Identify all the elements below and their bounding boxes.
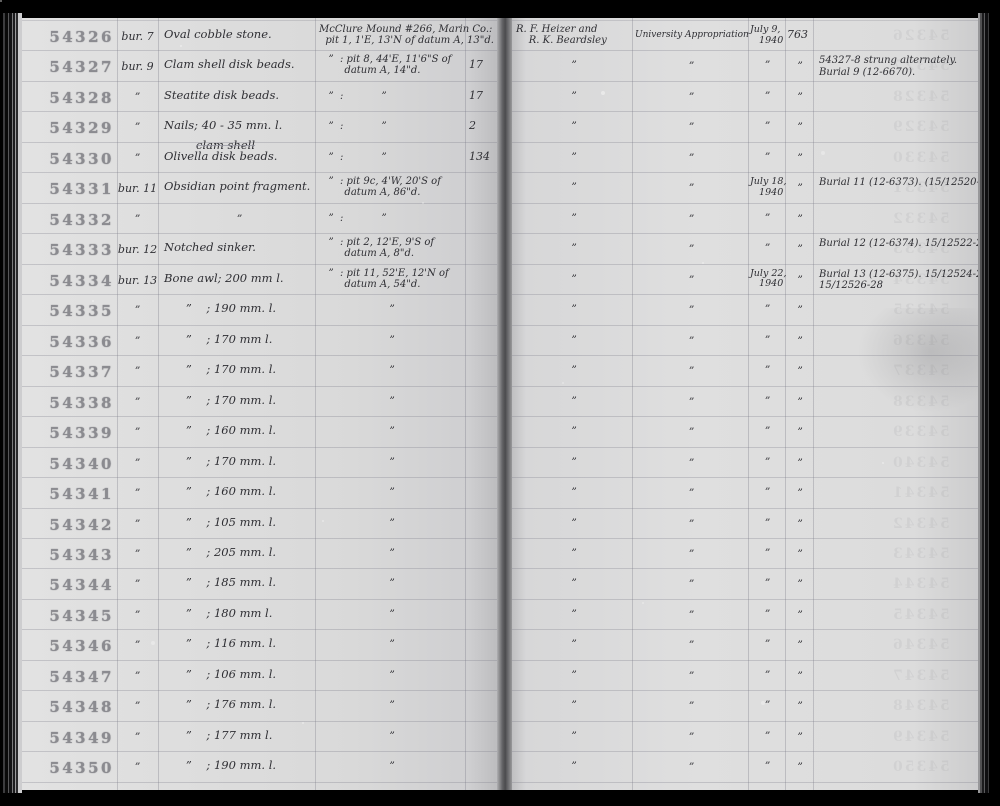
handwritten-line: ” — [117, 700, 158, 713]
catalog-number-stamp: 54329 — [22, 112, 117, 141]
count-cell — [465, 234, 497, 263]
book-left-page-edges — [0, 13, 22, 793]
handwritten-line: ” — [319, 578, 465, 589]
date-cell: ” — [748, 204, 785, 233]
handwritten-line: ” — [635, 518, 748, 531]
bleedthrough-stamp: 54332 — [891, 211, 950, 227]
bleedthrough-stamp: 54335 — [891, 302, 950, 318]
doc-number-cell: 763 — [785, 21, 813, 50]
description-cell: Oval cobble stone. — [158, 21, 315, 50]
handwritten-line: ” — [516, 60, 632, 71]
handwritten-line: ” — [117, 91, 158, 104]
handwritten-line: ” — [516, 700, 632, 711]
bleedthrough-stamp: 54344 — [891, 576, 950, 592]
locality-cell: ” — [315, 691, 465, 720]
doc-number-cell: ” — [785, 630, 813, 659]
handwritten-line: pit 1, 1'E, 13'N of datum A, 13"d. — [319, 35, 465, 46]
handwritten-line: ” — [117, 670, 158, 683]
handwritten-line: datum A, 14"d. — [319, 65, 465, 76]
ledger-row: 54345” ” ; 180 mm l.” — [22, 600, 497, 630]
catalog-ledger-photo: 54326bur. 7Oval cobble stone.McClure Mou… — [0, 0, 1000, 806]
date-cell: ” — [748, 326, 785, 355]
handwritten-line: ” — [319, 639, 465, 650]
handwritten-line: ” — [787, 91, 813, 104]
collector-cell: ” — [512, 387, 632, 416]
bleedthrough-stamp: 54339 — [891, 424, 950, 440]
collector-cell: ” — [512, 295, 632, 324]
ledger-row: ””””54341 — [512, 478, 978, 508]
doc-number-cell: ” — [785, 112, 813, 141]
ledger-row: ””””54330 — [512, 143, 978, 173]
handwritten-line: ” — [319, 548, 465, 559]
book-spine — [497, 18, 512, 790]
locality-cell: ” — [315, 417, 465, 446]
description-cell: Clam shell disk beads. — [158, 51, 315, 80]
count-cell — [465, 265, 497, 294]
doc-number-cell: ” — [785, 326, 813, 355]
locality-cell: ” : ” — [315, 82, 465, 111]
burial-cell: ” — [117, 112, 158, 141]
doc-number-cell: ” — [785, 569, 813, 598]
locality-cell: ” — [315, 448, 465, 477]
ledger-row: 54349” ” ; 177 mm l.” — [22, 722, 497, 752]
date-cell: ” — [748, 691, 785, 720]
ledger-row: 54333bur. 12Notched sinker. ” : pit 2, 1… — [22, 234, 497, 264]
obtained-cell: ” — [632, 661, 748, 690]
handwritten-line: ” — [635, 700, 748, 713]
ledger-row: ””””54336 — [512, 326, 978, 356]
handwritten-line: ” — [117, 761, 158, 774]
handwritten-line: ” — [787, 213, 813, 226]
count-cell — [465, 630, 497, 659]
handwritten-line: ” — [750, 761, 785, 772]
handwritten-line: 1940 — [750, 188, 785, 199]
handwritten-line: ” — [117, 152, 158, 165]
burial-cell: ” — [117, 691, 158, 720]
date-cell: ” — [748, 295, 785, 324]
handwritten-line: ” — [787, 274, 813, 287]
pencil-annotation: clam shell — [196, 139, 255, 152]
count-cell — [465, 539, 497, 568]
ledger-row: 54340” ” ; 170 mm. l.” — [22, 448, 497, 478]
bleedthrough-stamp: 54331 — [891, 180, 950, 196]
handwritten-line: ” — [787, 243, 813, 256]
bleedthrough-stamp: 54350 — [891, 759, 950, 775]
locality-cell: ” — [315, 387, 465, 416]
date-cell: ” — [748, 51, 785, 80]
handwritten-line: ” — [750, 243, 785, 254]
obtained-cell: University Appropriation — [632, 21, 748, 50]
description-cell: ” ; 105 mm. l. — [158, 509, 315, 538]
bleedthrough-stamp: 54337 — [891, 363, 950, 379]
ledger-row: ””””54329 — [512, 112, 978, 142]
locality-cell: ” : ” — [315, 143, 465, 172]
date-cell: ” — [748, 661, 785, 690]
count-cell — [465, 478, 497, 507]
catalog-number-stamp: 54327 — [22, 51, 117, 80]
ledger-right-page: R. F. Heizer and R. K. BeardsleyUniversi… — [512, 18, 978, 790]
burial-cell: ” — [117, 509, 158, 538]
description-cell: clam shellOlivella disk beads. — [158, 143, 315, 172]
ledger-row: 54342” ” ; 105 mm. l.” — [22, 509, 497, 539]
ledger-row: 54339” ” ; 160 mm. l.” — [22, 417, 497, 447]
handwritten-line: ” ; 105 mm. l. — [164, 516, 315, 529]
catalog-number-stamp: 54349 — [22, 722, 117, 751]
handwritten-line: ” — [635, 121, 748, 134]
obtained-cell: ” — [632, 539, 748, 568]
count-cell — [465, 387, 497, 416]
date-cell: ” — [748, 509, 785, 538]
handwritten-line: ” — [516, 548, 632, 559]
ledger-row: 54337” ” ; 170 mm. l.” — [22, 356, 497, 386]
doc-number-cell: ” — [785, 600, 813, 629]
bleedthrough-stamp: 54342 — [891, 516, 950, 532]
ledger-row: 54329”Nails; 40 - 35 mm. l. ” : ”2 — [22, 112, 497, 142]
handwritten-line: ” — [787, 335, 813, 348]
handwritten-line: datum A, 8"d. — [319, 248, 465, 259]
date-cell: ” — [748, 539, 785, 568]
handwritten-line: ” — [635, 639, 748, 652]
obtained-cell: ” — [632, 569, 748, 598]
burial-cell: ” — [117, 326, 158, 355]
count-cell — [465, 600, 497, 629]
catalog-number-stamp: 54347 — [22, 661, 117, 690]
count-cell — [465, 661, 497, 690]
collector-cell: ” — [512, 661, 632, 690]
bleedthrough-stamp: 54347 — [891, 668, 950, 684]
doc-number-cell: ” — [785, 356, 813, 385]
description-cell: ” ; 190 mm. l. — [158, 752, 315, 781]
handwritten-line: ” — [635, 396, 748, 409]
handwritten-line: ” — [787, 609, 813, 622]
handwritten-line: ” : ” — [319, 213, 465, 224]
collector-cell: ” — [512, 417, 632, 446]
ledger-row: ””””54338 — [512, 387, 978, 417]
doc-number-cell: ” — [785, 234, 813, 263]
burial-cell: ” — [117, 478, 158, 507]
count-cell — [465, 691, 497, 720]
handwritten-line: ” — [635, 761, 748, 774]
bleedthrough-stamp: 54341 — [891, 485, 950, 501]
handwritten-line: ” — [787, 365, 813, 378]
collector-cell: ” — [512, 448, 632, 477]
catalog-number-stamp: 54342 — [22, 509, 117, 538]
burial-cell: bur. 13 — [117, 265, 158, 294]
handwritten-line: ” — [117, 639, 158, 652]
collector-cell: ” — [512, 82, 632, 111]
count-cell — [465, 204, 497, 233]
handwritten-line: ” — [750, 304, 785, 315]
catalog-number-stamp: 54328 — [22, 82, 117, 111]
handwritten-line: ” — [117, 609, 158, 622]
ledger-row: ””””54348 — [512, 691, 978, 721]
burial-cell: ” — [117, 661, 158, 690]
ledger-row: ””””54347 — [512, 661, 978, 691]
ledger-row: ””””54337 — [512, 356, 978, 386]
handwritten-line: ” — [319, 761, 465, 772]
handwritten-line: ” — [319, 365, 465, 376]
doc-number-cell: ” — [785, 295, 813, 324]
collector-cell: ” — [512, 722, 632, 751]
burial-cell: ” — [117, 448, 158, 477]
handwritten-line: ” ; 170 mm. l. — [164, 394, 315, 407]
handwritten-line: ” — [319, 487, 465, 498]
ledger-row: ””””54328 — [512, 82, 978, 112]
handwritten-line: ” — [516, 731, 632, 742]
catalog-number-stamp: 54326 — [22, 21, 117, 50]
ledger-row: R. F. Heizer and R. K. BeardsleyUniversi… — [512, 21, 978, 51]
collector-cell: ” — [512, 478, 632, 507]
handwritten-line: ” — [635, 243, 748, 256]
handwritten-line: ” — [516, 396, 632, 407]
catalog-number-stamp: 54337 — [22, 356, 117, 385]
burial-cell: ” — [117, 539, 158, 568]
collector-cell: ” — [512, 539, 632, 568]
handwritten-line: ” — [635, 182, 748, 195]
count-cell: 134 — [465, 143, 497, 172]
date-cell: ” — [748, 478, 785, 507]
handwritten-line: ” — [750, 121, 785, 132]
ledger-row: 54335” ” ; 190 mm. l.” — [22, 295, 497, 325]
handwritten-line: ” ; 185 mm. l. — [164, 576, 315, 589]
burial-cell: ” — [117, 752, 158, 781]
obtained-cell: ” — [632, 265, 748, 294]
description-cell: Notched sinker. — [158, 234, 315, 263]
handwritten-line: ” — [787, 700, 813, 713]
count-cell — [465, 722, 497, 751]
obtained-cell: ” — [632, 600, 748, 629]
doc-number-cell: ” — [785, 143, 813, 172]
obtained-cell: ” — [632, 234, 748, 263]
handwritten-line: ” — [117, 426, 158, 439]
ledger-row: ””July 18, 1940”Burial 11 (12-6373). (15… — [512, 173, 978, 203]
burial-cell: ” — [117, 722, 158, 751]
ledger-row: 54343” ” ; 205 mm. l.” — [22, 539, 497, 569]
handwritten-line: ” — [787, 670, 813, 683]
catalog-number-stamp: 54338 — [22, 387, 117, 416]
catalog-number-stamp: 54346 — [22, 630, 117, 659]
bleedthrough-stamp: 54327 — [891, 58, 950, 74]
handwritten-line: ” — [516, 518, 632, 529]
handwritten-line: ” — [516, 121, 632, 132]
bleedthrough-stamp: 54338 — [891, 394, 950, 410]
burial-cell: ” — [117, 569, 158, 598]
handwritten-line: ” — [750, 426, 785, 437]
description-cell: ” ; 106 mm. l. — [158, 661, 315, 690]
ledger-row: 54347” ” ; 106 mm. l.” — [22, 661, 497, 691]
date-cell: ” — [748, 82, 785, 111]
ledger-row: 54328”Steatite disk beads. ” : ”17 — [22, 82, 497, 112]
handwritten-line: 1940 — [750, 36, 785, 47]
obtained-cell: ” — [632, 82, 748, 111]
doc-number-cell: ” — [785, 173, 813, 202]
handwritten-line: ” : pit 8, 44'E, 11'6"S of — [319, 54, 465, 65]
handwritten-line: July 9, — [750, 25, 785, 36]
catalog-number-stamp: 54344 — [22, 569, 117, 598]
handwritten-line: ” ; 170 mm. l. — [164, 455, 315, 468]
handwritten-line: ” — [787, 518, 813, 531]
handwritten-line: ” — [319, 396, 465, 407]
handwritten-line: ” — [117, 457, 158, 470]
handwritten-line: bur. 7 — [117, 30, 158, 43]
date-cell: July 18, 1940 — [748, 173, 785, 202]
handwritten-line: ” — [635, 335, 748, 348]
description-cell: ” ; 170 mm. l. — [158, 387, 315, 416]
ledger-row: ””””54350 — [512, 752, 978, 782]
locality-cell: ” — [315, 569, 465, 598]
burial-cell: bur. 9 — [117, 51, 158, 80]
locality-cell: ” — [315, 722, 465, 751]
handwritten-line: ” ; 205 mm. l. — [164, 546, 315, 559]
date-cell: July 22, 1940 — [748, 265, 785, 294]
ledger-row: 54336” ” ; 170 mm l.” — [22, 326, 497, 356]
handwritten-line: ” — [319, 457, 465, 468]
handwritten-line: ” — [117, 121, 158, 134]
dust-speckles — [0, 0, 2, 2]
handwritten-line: ” — [516, 670, 632, 681]
bleedthrough-stamp: 54328 — [891, 89, 950, 105]
burial-cell: ” — [117, 356, 158, 385]
handwritten-line: University Appropriation — [635, 29, 748, 42]
ledger-row: ””””54327-8 strung alternately.Burial 9 … — [512, 51, 978, 81]
handwritten-line: ” — [750, 335, 785, 346]
locality-cell: ” — [315, 478, 465, 507]
ledger-row: ””””54345 — [512, 600, 978, 630]
obtained-cell: ” — [632, 51, 748, 80]
bleedthrough-stamp: 54346 — [891, 637, 950, 653]
locality-cell: ” : pit 2, 12'E, 9'S of datum A, 8"d. — [315, 234, 465, 263]
handwritten-line: datum A, 54"d. — [319, 279, 465, 290]
handwritten-line: ” — [635, 152, 748, 165]
handwritten-line: Clam shell disk beads. — [164, 58, 315, 71]
handwritten-line: ” — [516, 335, 632, 346]
handwritten-line: ” : pit 11, 52'E, 12'N of — [319, 268, 465, 279]
doc-number-cell: ” — [785, 722, 813, 751]
locality-cell: ” : pit 11, 52'E, 12'N of datum A, 54"d. — [315, 265, 465, 294]
book-right-page-edges — [978, 13, 1000, 793]
handwritten-line: Oval cobble stone. — [164, 28, 315, 41]
handwritten-line: ” — [750, 639, 785, 650]
handwritten-line: Nails; 40 - 35 mm. l. — [164, 119, 315, 132]
description-cell: ” ; 205 mm. l. — [158, 539, 315, 568]
locality-cell: ” : pit 8, 44'E, 11'6"S of datum A, 14"d… — [315, 51, 465, 80]
catalog-number-stamp: 54334 — [22, 265, 117, 294]
handwritten-line: ” — [516, 761, 632, 772]
handwritten-line: ” ; 170 mm l. — [164, 333, 315, 346]
collector-cell: ” — [512, 356, 632, 385]
doc-number-cell: ” — [785, 509, 813, 538]
doc-number-cell: ” — [785, 539, 813, 568]
bleedthrough-stamp: 54348 — [891, 698, 950, 714]
collector-cell: ” — [512, 326, 632, 355]
handwritten-line: ” — [516, 457, 632, 468]
ledger-row: ””””54344 — [512, 569, 978, 599]
catalog-number-stamp: 54348 — [22, 691, 117, 720]
ledger-row: 54332”” ” : ” — [22, 204, 497, 234]
count-cell: 2 — [465, 112, 497, 141]
ledger-row: ””””54342 — [512, 509, 978, 539]
obtained-cell: ” — [632, 509, 748, 538]
handwritten-line: ” ; 160 mm. l. — [164, 424, 315, 437]
handwritten-line: ” — [516, 152, 632, 163]
handwritten-line: ” — [750, 670, 785, 681]
handwritten-line: ” — [516, 578, 632, 589]
ledger-row: 54344” ” ; 185 mm. l.” — [22, 569, 497, 599]
handwritten-line: ” — [117, 731, 158, 744]
doc-number-cell: ” — [785, 448, 813, 477]
handwritten-line: ” — [787, 457, 813, 470]
handwritten-line: Notched sinker. — [164, 241, 315, 254]
count-cell — [465, 295, 497, 324]
handwritten-line: ” — [787, 182, 813, 195]
burial-cell: bur. 12 — [117, 234, 158, 263]
handwritten-line: ” — [750, 731, 785, 742]
handwritten-line: R. F. Heizer and — [516, 24, 632, 35]
date-cell: ” — [748, 600, 785, 629]
handwritten-line: R. K. Beardsley — [516, 35, 632, 46]
burial-cell: bur. 11 — [117, 173, 158, 202]
handwritten-line: 134 — [469, 150, 497, 163]
handwritten-line: ” — [516, 365, 632, 376]
handwritten-line: ” — [516, 182, 632, 193]
handwritten-line: ” — [750, 578, 785, 589]
handwritten-line: ” — [750, 152, 785, 163]
obtained-cell: ” — [632, 417, 748, 446]
burial-cell: ” — [117, 417, 158, 446]
doc-number-cell: ” — [785, 478, 813, 507]
catalog-number-stamp: 54340 — [22, 448, 117, 477]
handwritten-line: ” — [635, 578, 748, 591]
collector-cell: ” — [512, 569, 632, 598]
locality-cell: ” — [315, 326, 465, 355]
handwritten-line: ” — [117, 396, 158, 409]
description-cell: ” ; 190 mm. l. — [158, 295, 315, 324]
obtained-cell: ” — [632, 478, 748, 507]
obtained-cell: ” — [632, 326, 748, 355]
handwritten-line: ” — [319, 670, 465, 681]
bleedthrough-stamp: 54334 — [891, 272, 950, 288]
doc-number-cell: ” — [785, 51, 813, 80]
doc-number-cell: ” — [785, 265, 813, 294]
handwritten-line: ” — [635, 457, 748, 470]
handwritten-line: ” — [516, 213, 632, 224]
handwritten-line: ” — [787, 426, 813, 439]
collector-cell: ” — [512, 234, 632, 263]
catalog-number-stamp: 54333 — [22, 234, 117, 263]
bleedthrough-stamp: 54336 — [891, 333, 950, 349]
handwritten-line: ” — [516, 243, 632, 254]
description-cell: ” ; 176 mm. l. — [158, 691, 315, 720]
obtained-cell: ” — [632, 387, 748, 416]
collector-cell: ” — [512, 752, 632, 781]
handwritten-line: ” — [787, 639, 813, 652]
handwritten-line: ” — [117, 335, 158, 348]
catalog-number-stamp: 54345 — [22, 600, 117, 629]
handwritten-line: ” — [319, 700, 465, 711]
count-cell: 17 — [465, 82, 497, 111]
doc-number-cell: ” — [785, 387, 813, 416]
handwritten-line: 763 — [787, 28, 813, 41]
collector-cell: ” — [512, 265, 632, 294]
collector-cell: ” — [512, 51, 632, 80]
handwritten-line: ” — [319, 609, 465, 620]
date-cell: July 9, 1940 — [748, 21, 785, 50]
handwritten-line: ” — [635, 274, 748, 287]
handwritten-line: ” ; 176 mm. l. — [164, 698, 315, 711]
handwritten-line: ” — [319, 731, 465, 742]
handwritten-line: bur. 9 — [117, 60, 158, 73]
right-page-rows: R. F. Heizer and R. K. BeardsleyUniversi… — [512, 20, 978, 783]
